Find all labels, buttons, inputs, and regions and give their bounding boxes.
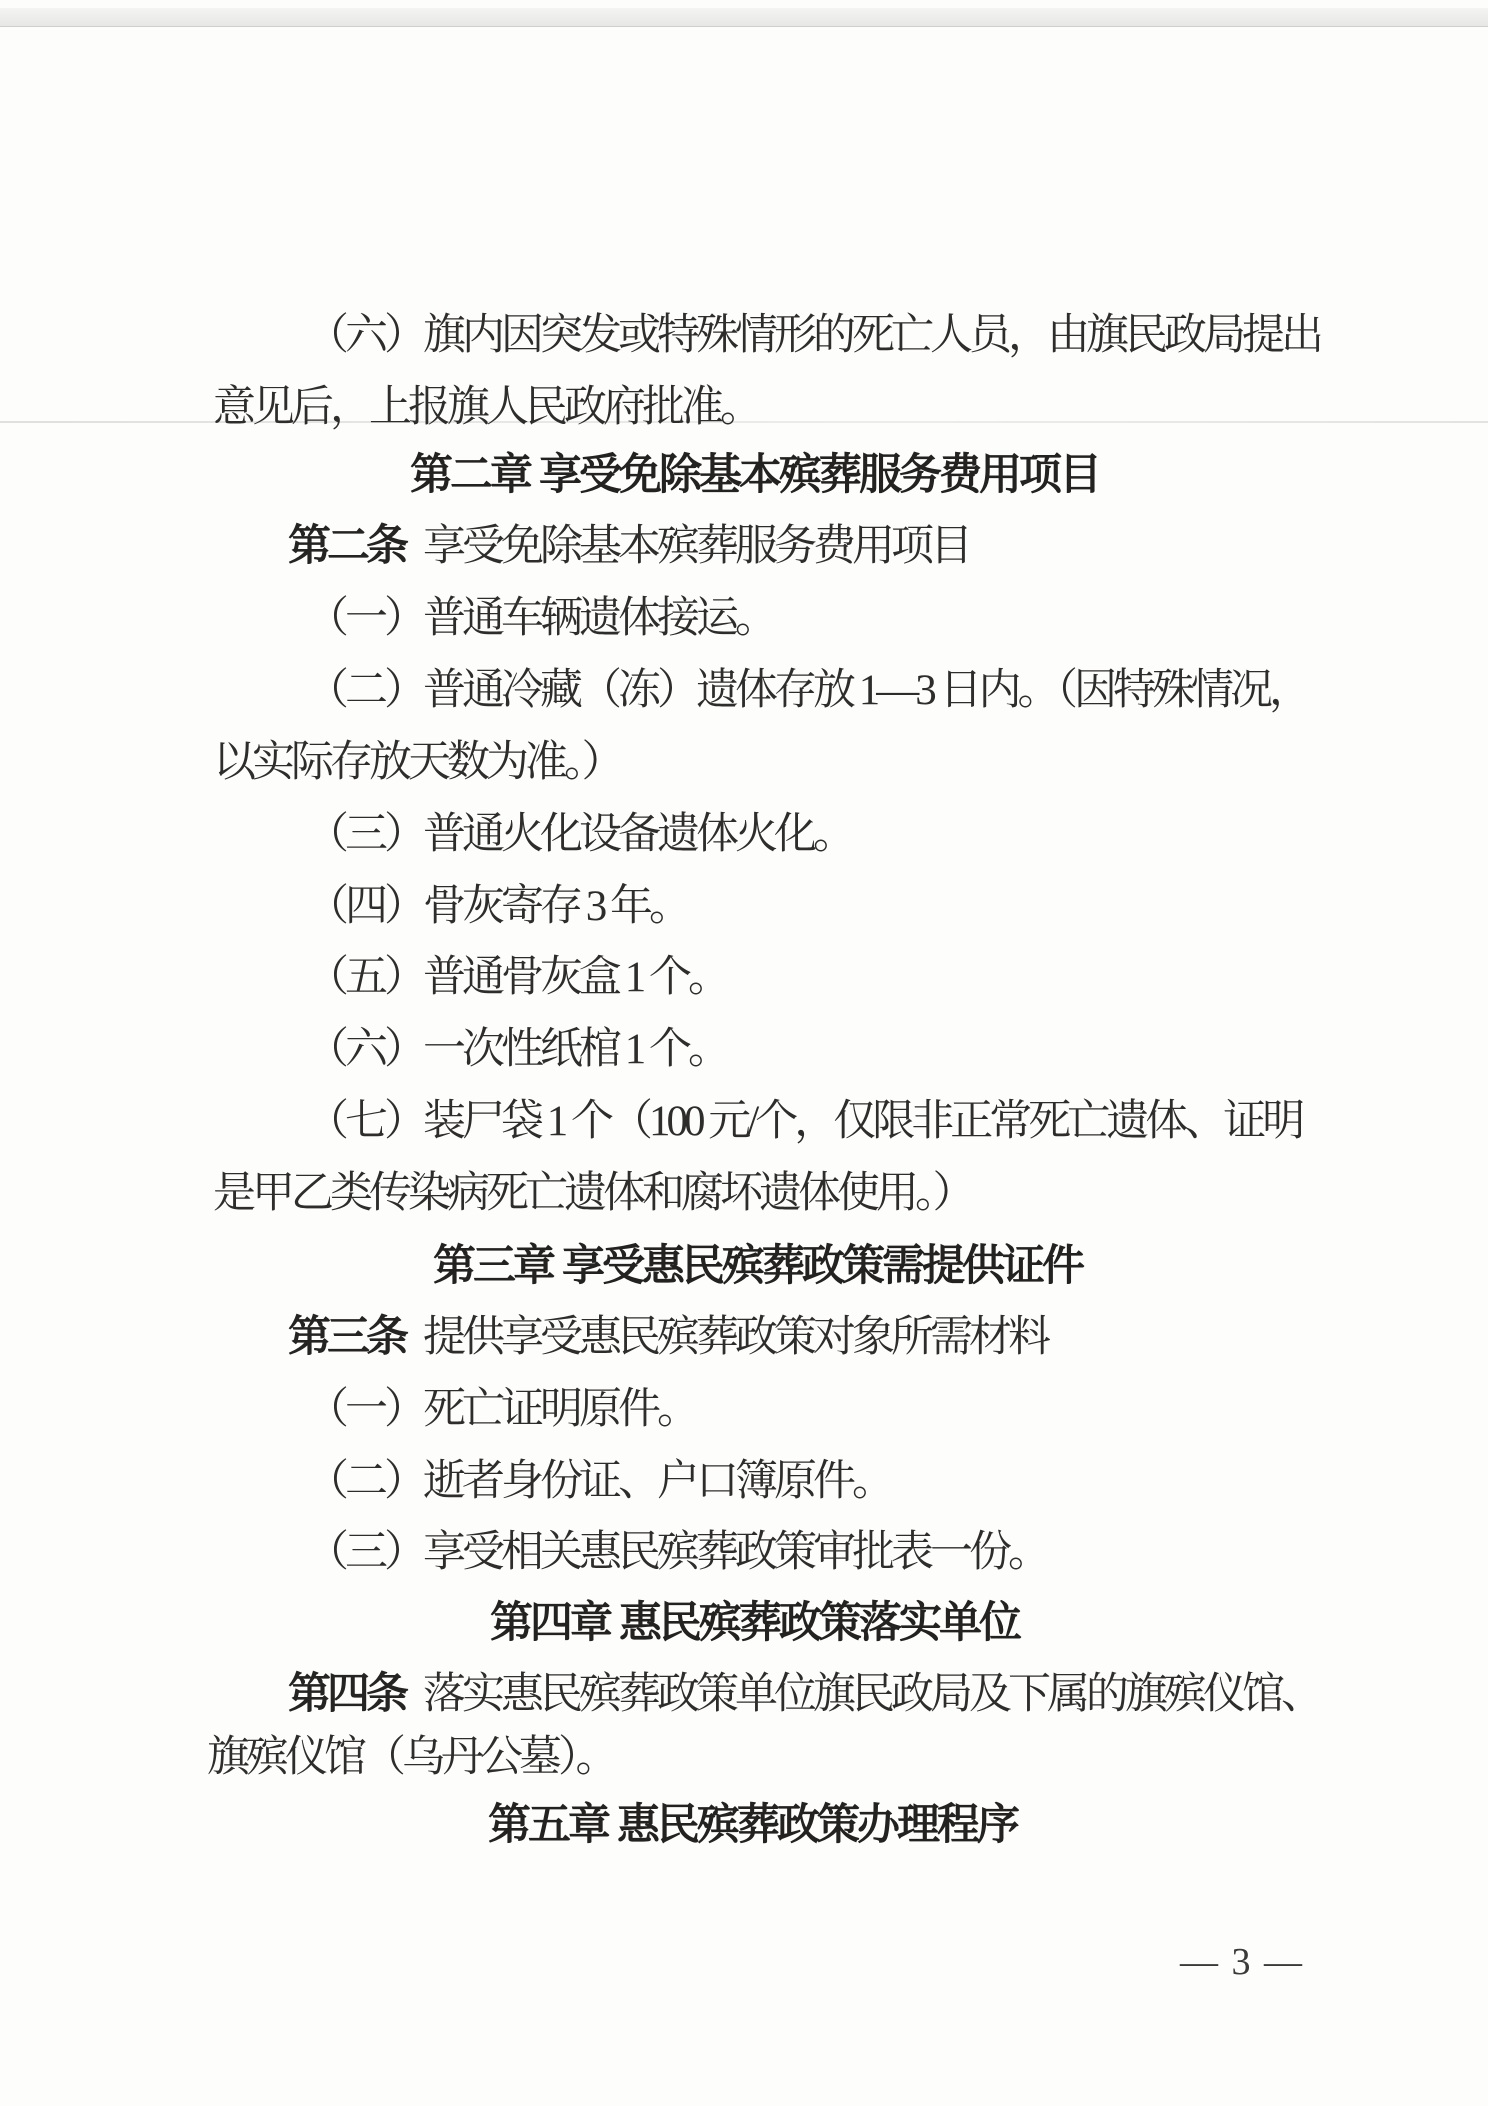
- paragraph-line: 旗殡仪馆（乌丹公墓）。: [207, 1732, 615, 1784]
- article-line: 第二条享受免除基本殡葬服务费用项目: [288, 521, 969, 573]
- chapter-heading: 第四章 惠民殡葬政策落实单位: [490, 1597, 1019, 1649]
- list-item: （二）逝者身份证、户口簿原件。: [306, 1456, 891, 1508]
- article-number: 第二条: [288, 523, 405, 570]
- paragraph-line: 意见后，上报旗人民政府批准。: [213, 382, 759, 434]
- paragraph-line: （六）旗内因突发或特殊情形的死亡人员，由旗民政局提出: [306, 310, 1320, 362]
- chapter-heading: 第二章 享受免除基本殡葬服务费用项目: [410, 449, 1099, 501]
- article-line: 第三条提供享受惠民殡葬政策对象所需材料: [288, 1312, 1047, 1364]
- list-item: （一）普通车辆遗体接运。: [306, 593, 774, 645]
- chapter-heading: 第五章 惠民殡葬政策办理程序: [488, 1799, 1017, 1851]
- chapter-heading: 第三章 享受惠民殡葬政策需提供证件: [433, 1240, 1082, 1292]
- list-item: （七）装尸袋 1 个（100 元/个，仅限非正常死亡遗体、证明: [306, 1096, 1301, 1148]
- list-item: （四）骨灰寄存 3 年。: [306, 881, 688, 933]
- scan-edge-artifact: [0, 8, 1488, 27]
- list-item: （六）一次性纸棺 1 个。: [306, 1024, 727, 1076]
- list-item: （一）死亡证明原件。: [306, 1384, 696, 1436]
- article-line: 第四条落实惠民殡葬政策单位旗民政局及下属的旗殡仪馆、: [288, 1669, 1320, 1721]
- article-text: 提供享受惠民殡葬政策对象所需材料: [423, 1314, 1047, 1361]
- list-item: （三）普通火化设备遗体火化。: [306, 809, 852, 861]
- paragraph-line: 是甲乙类传染病死亡遗体和腐坏遗体使用。）: [213, 1168, 972, 1220]
- list-item: （三）享受相关惠民殡葬政策审批表一份。: [306, 1527, 1047, 1579]
- list-item: （二）普通冷藏（冻）遗体存放 1—3 日内。（因特殊情况，: [306, 665, 1308, 717]
- article-number: 第三条: [288, 1314, 405, 1361]
- article-text: 享受免除基本殡葬服务费用项目: [423, 523, 969, 570]
- page-number: — 3 —: [1180, 1936, 1304, 1988]
- document-page: （六）旗内因突发或特殊情形的死亡人员，由旗民政局提出 意见后，上报旗人民政府批准…: [0, 0, 1488, 2106]
- paragraph-line: 以实际存放天数为准。）: [213, 737, 621, 789]
- article-number: 第四条: [288, 1671, 405, 1718]
- article-text: 落实惠民殡葬政策单位旗民政局及下属的旗殡仪馆、: [423, 1671, 1320, 1718]
- list-item: （五）普通骨灰盒 1 个。: [306, 952, 727, 1004]
